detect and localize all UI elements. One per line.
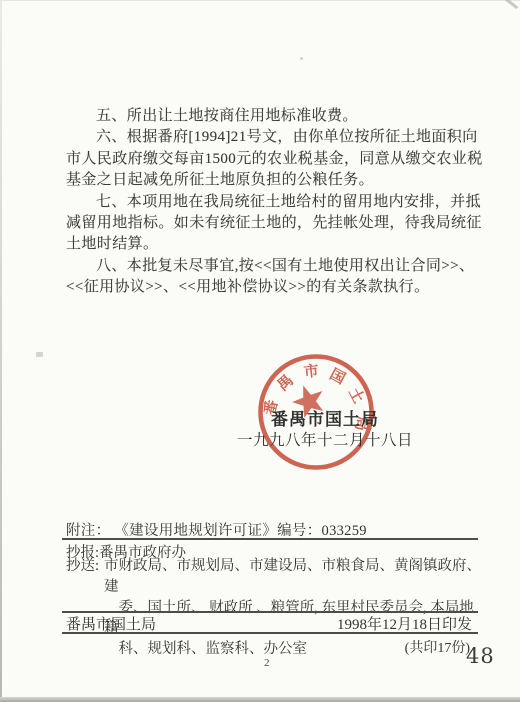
scan-edge-bottom xyxy=(0,697,520,702)
seal-arc-char: 国 xyxy=(327,365,349,388)
paragraph-item-7: 七、本项用地在我局统征土地给村的留用地内安排，并抵 减留用地指标。如未有统征土地… xyxy=(66,192,490,256)
note-fuzhu: 附注： 《建设用地规划许可证》编号：033259 xyxy=(66,519,367,540)
signature-date: 一九九八年十二月十八日 xyxy=(0,428,520,450)
paragraph-item-8: 八、本批复未尽事宜,按<<国有土地使用权出让合同>>、 <<征用协议>>、<<用… xyxy=(66,256,490,299)
footer-copies: (共印17份) xyxy=(405,637,470,657)
scan-artifact xyxy=(505,0,519,9)
scan-artifact xyxy=(36,352,43,357)
footer-issue-date: 1998年12月18日印发 xyxy=(337,613,472,634)
paragraph-item-6: 六、根据番府[1994]21号文，由你单位按所征土地面积向 市人民政府缴交每亩1… xyxy=(66,127,490,191)
seal-arc-char: 市 xyxy=(303,361,320,380)
signature-org: 番禺市国土局 xyxy=(0,405,520,430)
document-page: 五、所出让土地按商住用地标准收费。 六、根据番府[1994]21号文，由你单位按… xyxy=(0,0,520,702)
scan-edge-left xyxy=(0,0,2,702)
footer-org: 番禺市国土局 xyxy=(66,613,156,634)
scan-artifact xyxy=(300,57,303,60)
page-number: 2 xyxy=(264,657,270,669)
footer-divider-bottom xyxy=(62,632,478,634)
handwritten-page-stamp: 48 xyxy=(466,644,495,668)
document-body: 五、所出让土地按商住用地标准收费。 六、根据番府[1994]21号文，由你单位按… xyxy=(66,106,490,299)
note-chaosong-label: 抄送: xyxy=(66,556,99,660)
notes-divider xyxy=(62,538,478,540)
scan-edge-top xyxy=(0,0,520,1)
paragraph-item-5: 五、所出让土地按商住用地标准收费。 xyxy=(66,106,490,127)
